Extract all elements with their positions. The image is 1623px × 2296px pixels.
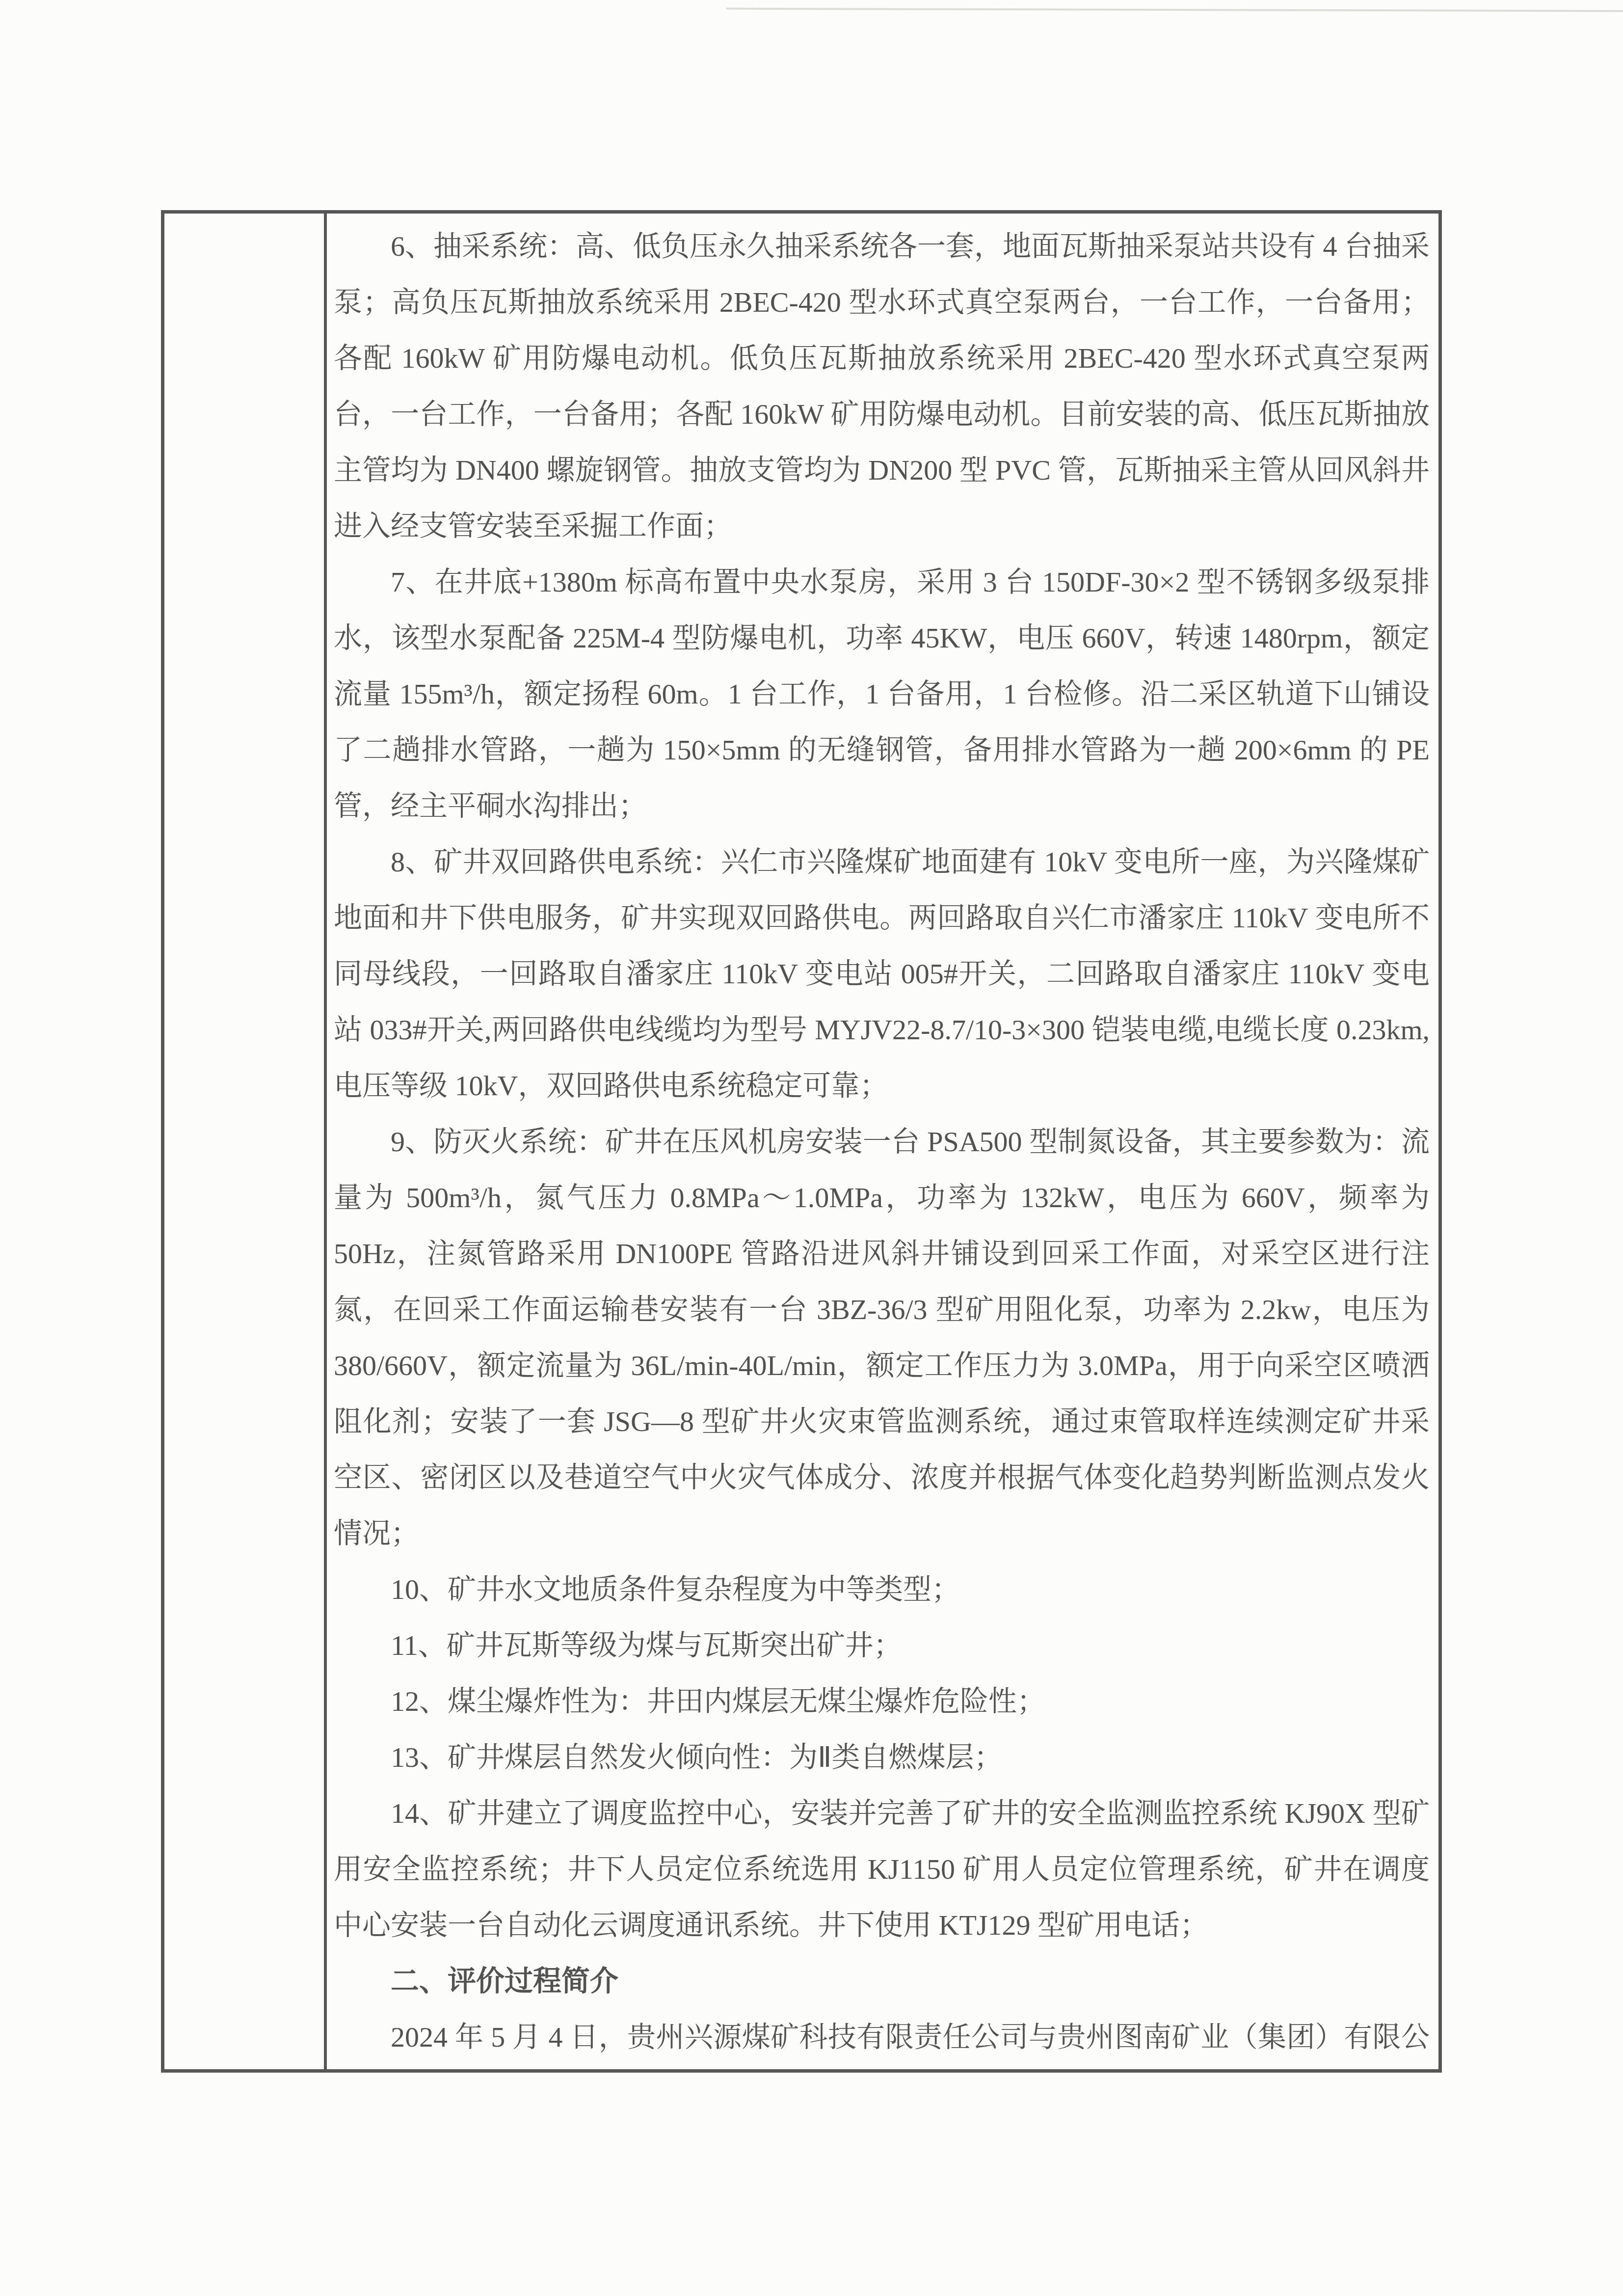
- row-header-cell: [164, 214, 324, 2069]
- paragraph-item-14-monitoring-center: 14、矿井建立了调度监控中心，安装并完善了矿井的安全监测监控系统 KJ90X 型…: [334, 1785, 1430, 1953]
- section-heading-evaluation-process: 二、评价过程简介: [334, 1953, 1430, 2009]
- paragraph-item-12-coal-dust-explosiveness: 12、煤尘爆炸性为：井田内煤层无煤尘爆炸危险性；: [334, 1674, 1430, 1729]
- paragraph-evaluation-agreement: 2024 年 5 月 4 日，贵州兴源煤矿科技有限责任公司与贵州图南矿业（集团）…: [334, 2009, 1430, 2066]
- paragraph-item-10-hydrogeology: 10、矿井水文地质条件复杂程度为中等类型；: [334, 1562, 1430, 1618]
- document-page: 6、抽采系统：高、低负压永久抽采系统各一套，地面瓦斯抽采泵站共设有 4 台抽采泵…: [0, 0, 1623, 2296]
- scan-artifact-line: [726, 8, 1623, 12]
- paragraph-item-13-spontaneous-combustion: 13、矿井煤层自然发火倾向性：为Ⅱ类自燃煤层；: [334, 1729, 1430, 1785]
- paragraph-item-11-gas-grade: 11、矿井瓦斯等级为煤与瓦斯突出矿井；: [334, 1618, 1430, 1674]
- table-frame: 6、抽采系统：高、低负压永久抽采系统各一套，地面瓦斯抽采泵站共设有 4 台抽采泵…: [161, 210, 1442, 2073]
- paragraph-item-6-drainage-system: 6、抽采系统：高、低负压永久抽采系统各一套，地面瓦斯抽采泵站共设有 4 台抽采泵…: [334, 218, 1430, 554]
- paragraph-item-8-dual-circuit-power: 8、矿井双回路供电系统：兴仁市兴隆煤矿地面建有 10kV 变电所一座，为兴隆煤矿…: [334, 834, 1430, 1114]
- paragraph-item-9-fire-prevention-system: 9、防灭火系统：矿井在压风机房安装一台 PSA500 型制氮设备，其主要参数为：…: [334, 1114, 1430, 1562]
- paragraph-item-7-central-pump-house: 7、在井底+1380m 标高布置中央水泵房，采用 3 台 150DF-30×2 …: [334, 554, 1430, 834]
- content-cell: 6、抽采系统：高、低负压永久抽采系统各一套，地面瓦斯抽采泵站共设有 4 台抽采泵…: [334, 218, 1430, 2066]
- table-column-divider: [324, 214, 327, 2069]
